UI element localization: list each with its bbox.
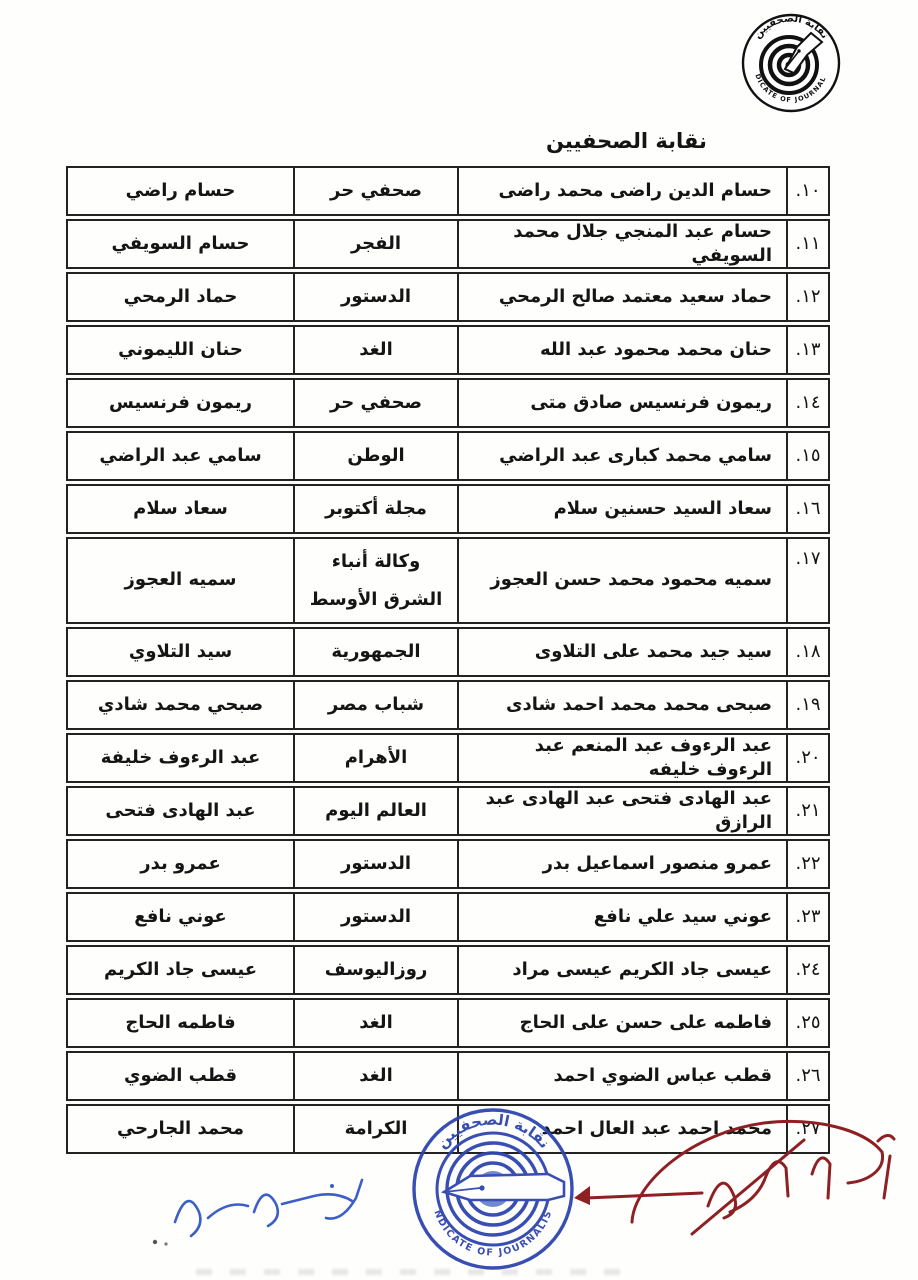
member-outlet: الغد bbox=[293, 327, 459, 373]
table-row: عبد الهادى فتحى العالم اليوم عبد الهادى … bbox=[66, 786, 830, 836]
table-row: سعاد سلام مجلة أكتوبر سعاد السيد حسنين س… bbox=[66, 484, 830, 534]
row-number: ٢٥. bbox=[786, 1000, 828, 1046]
members-table: حسام راضي صحفي حر حسام الدين راضى محمد ر… bbox=[66, 166, 830, 1157]
row-number: ٢١. bbox=[786, 788, 828, 834]
member-outlet: الغد bbox=[293, 1000, 459, 1046]
member-short-name: سميه العجوز bbox=[68, 539, 293, 622]
member-full-name: صبحى محمد محمد احمد شادى bbox=[459, 682, 781, 728]
member-outlet: الدستور bbox=[293, 274, 459, 320]
row-number: ٢٠. bbox=[786, 735, 828, 781]
table-row: حسام السويفي الفجر حسام عبد المنجي جلال … bbox=[66, 219, 830, 269]
member-full-name: حماد سعيد معتمد صالح الرمحي bbox=[459, 274, 781, 320]
member-full-name: حنان محمد محمود عبد الله bbox=[459, 327, 781, 373]
table-row: فاطمه الحاج الغد فاطمه على حسن على الحاج… bbox=[66, 998, 830, 1048]
member-outlet: الدستور bbox=[293, 894, 459, 940]
member-short-name: عمرو بدر bbox=[68, 841, 293, 887]
member-outlet: صحفي حر bbox=[293, 168, 459, 214]
member-outlet: الوطن bbox=[293, 433, 459, 479]
member-outlet: الغد bbox=[293, 1053, 459, 1099]
table-row: صبحي محمد شادي شباب مصر صبحى محمد محمد ا… bbox=[66, 680, 830, 730]
member-full-name: عبد الهادى فتحى عبد الهادى عبد الرازق bbox=[459, 788, 781, 834]
table-row: سميه العجوز وكالة أنباء الشرق الأوسط سمي… bbox=[66, 537, 830, 624]
member-short-name: ريمون فرنسيس bbox=[68, 380, 293, 426]
member-short-name: عيسى جاد الكريم bbox=[68, 947, 293, 993]
table-row: عوني نافع الدستور عوني سيد علي نافع ٢٣. bbox=[66, 892, 830, 942]
member-outlet: الفجر bbox=[293, 221, 459, 267]
table-row: حماد الرمحي الدستور حماد سعيد معتمد صالح… bbox=[66, 272, 830, 322]
table-row: حنان الليموني الغد حنان محمد محمود عبد ا… bbox=[66, 325, 830, 375]
member-short-name: صبحي محمد شادي bbox=[68, 682, 293, 728]
row-number: ١٨. bbox=[786, 629, 828, 675]
member-full-name: سامي محمد كبارى عبد الراضي bbox=[459, 433, 781, 479]
member-outlet: الأهرام bbox=[293, 735, 459, 781]
member-full-name: ريمون فرنسيس صادق متى bbox=[459, 380, 781, 426]
table-row: عبد الرءوف خليفة الأهرام عبد الرءوف عبد … bbox=[66, 733, 830, 783]
member-short-name: سيد التلاوي bbox=[68, 629, 293, 675]
member-full-name: قطب عباس الضوي احمد bbox=[459, 1053, 781, 1099]
stamp-arabic-arc-text: نقابة الصحفيين bbox=[433, 1111, 554, 1152]
member-short-name: حماد الرمحي bbox=[68, 274, 293, 320]
row-number: ١٧. bbox=[786, 539, 828, 622]
member-short-name: سعاد سلام bbox=[68, 486, 293, 532]
member-outlet: شباب مصر bbox=[293, 682, 459, 728]
row-number: ٢٦. bbox=[786, 1053, 828, 1099]
row-number: ١٣. bbox=[786, 327, 828, 373]
member-outlet: العالم اليوم bbox=[293, 788, 459, 834]
member-outlet: وكالة أنباء الشرق الأوسط bbox=[293, 539, 459, 622]
member-full-name: حسام الدين راضى محمد راضى bbox=[459, 168, 781, 214]
member-short-name: محمد الجارحي bbox=[68, 1106, 293, 1152]
member-short-name: حسام راضي bbox=[68, 168, 293, 214]
row-number: ٢٤. bbox=[786, 947, 828, 993]
table-row: عيسى جاد الكريم روزاليوسف عيسى جاد الكري… bbox=[66, 945, 830, 995]
signature-arrowhead bbox=[574, 1186, 590, 1205]
svg-text:نقابة الصحفيين: نقابة الصحفيين bbox=[433, 1111, 554, 1152]
member-full-name: سعاد السيد حسنين سلام bbox=[459, 486, 781, 532]
member-full-name: عمرو منصور اسماعيل بدر bbox=[459, 841, 781, 887]
syndicate-logo-icon: نقابة الصحفيين SYNDICATE OF JOURNALISTS bbox=[741, 12, 841, 114]
member-outlet: صحفي حر bbox=[293, 380, 459, 426]
member-short-name: فاطمه الحاج bbox=[68, 1000, 293, 1046]
member-full-name: عيسى جاد الكريم عيسى مراد bbox=[459, 947, 781, 993]
member-full-name: سيد جيد محمد على التلاوى bbox=[459, 629, 781, 675]
page-title: نقابة الصحفيين bbox=[546, 129, 866, 153]
member-full-name: فاطمه على حسن على الحاج bbox=[459, 1000, 781, 1046]
document-page: نقابة الصحفيين SYNDICATE OF JOURNALISTS … bbox=[0, 0, 918, 1280]
table-row: قطب الضوي الغد قطب عباس الضوي احمد ٢٦. bbox=[66, 1051, 830, 1101]
row-number: ١٢. bbox=[786, 274, 828, 320]
member-full-name: عوني سيد علي نافع bbox=[459, 894, 781, 940]
member-outlet: الدستور bbox=[293, 841, 459, 887]
row-number: ١٥. bbox=[786, 433, 828, 479]
row-number: ٢٣. bbox=[786, 894, 828, 940]
member-full-name: عبد الرءوف عبد المنعم عبد الرءوف خليفه bbox=[459, 735, 781, 781]
member-short-name: سامي عبد الراضي bbox=[68, 433, 293, 479]
stamp-pen-nib-shape bbox=[444, 1174, 564, 1200]
member-full-name: حسام عبد المنجي جلال محمد السويفي bbox=[459, 221, 781, 267]
table-row: سيد التلاوي الجمهورية سيد جيد محمد على ا… bbox=[66, 627, 830, 677]
scan-artifact-smudge bbox=[196, 1269, 636, 1275]
member-short-name: عبد الرءوف خليفة bbox=[68, 735, 293, 781]
member-short-name: حسام السويفي bbox=[68, 221, 293, 267]
row-number: ١٠. bbox=[786, 168, 828, 214]
member-short-name: قطب الضوي bbox=[68, 1053, 293, 1099]
member-outlet: مجلة أكتوبر bbox=[293, 486, 459, 532]
row-number: ١٤. bbox=[786, 380, 828, 426]
table-row: ريمون فرنسيس صحفي حر ريمون فرنسيس صادق م… bbox=[66, 378, 830, 428]
table-row: حسام راضي صحفي حر حسام الدين راضى محمد ر… bbox=[66, 166, 830, 216]
table-row: سامي عبد الراضي الوطن سامي محمد كبارى عب… bbox=[66, 431, 830, 481]
member-short-name: حنان الليموني bbox=[68, 327, 293, 373]
table-row: عمرو بدر الدستور عمرو منصور اسماعيل بدر … bbox=[66, 839, 830, 889]
signature-red bbox=[572, 1110, 916, 1252]
row-number: ١٩. bbox=[786, 682, 828, 728]
row-number: ٢٢. bbox=[786, 841, 828, 887]
syndicate-stamp: نقابة الصحفيين SYNDICATE OF JOURNALISTS bbox=[408, 1104, 578, 1274]
member-full-name: سميه محمود محمد حسن العجوز bbox=[459, 539, 781, 622]
signature-blue bbox=[150, 1160, 380, 1252]
member-short-name: عوني نافع bbox=[68, 894, 293, 940]
member-short-name: عبد الهادى فتحى bbox=[68, 788, 293, 834]
member-outlet: روزاليوسف bbox=[293, 947, 459, 993]
member-outlet: الجمهورية bbox=[293, 629, 459, 675]
row-number: ١١. bbox=[786, 221, 828, 267]
row-number: ١٦. bbox=[786, 486, 828, 532]
